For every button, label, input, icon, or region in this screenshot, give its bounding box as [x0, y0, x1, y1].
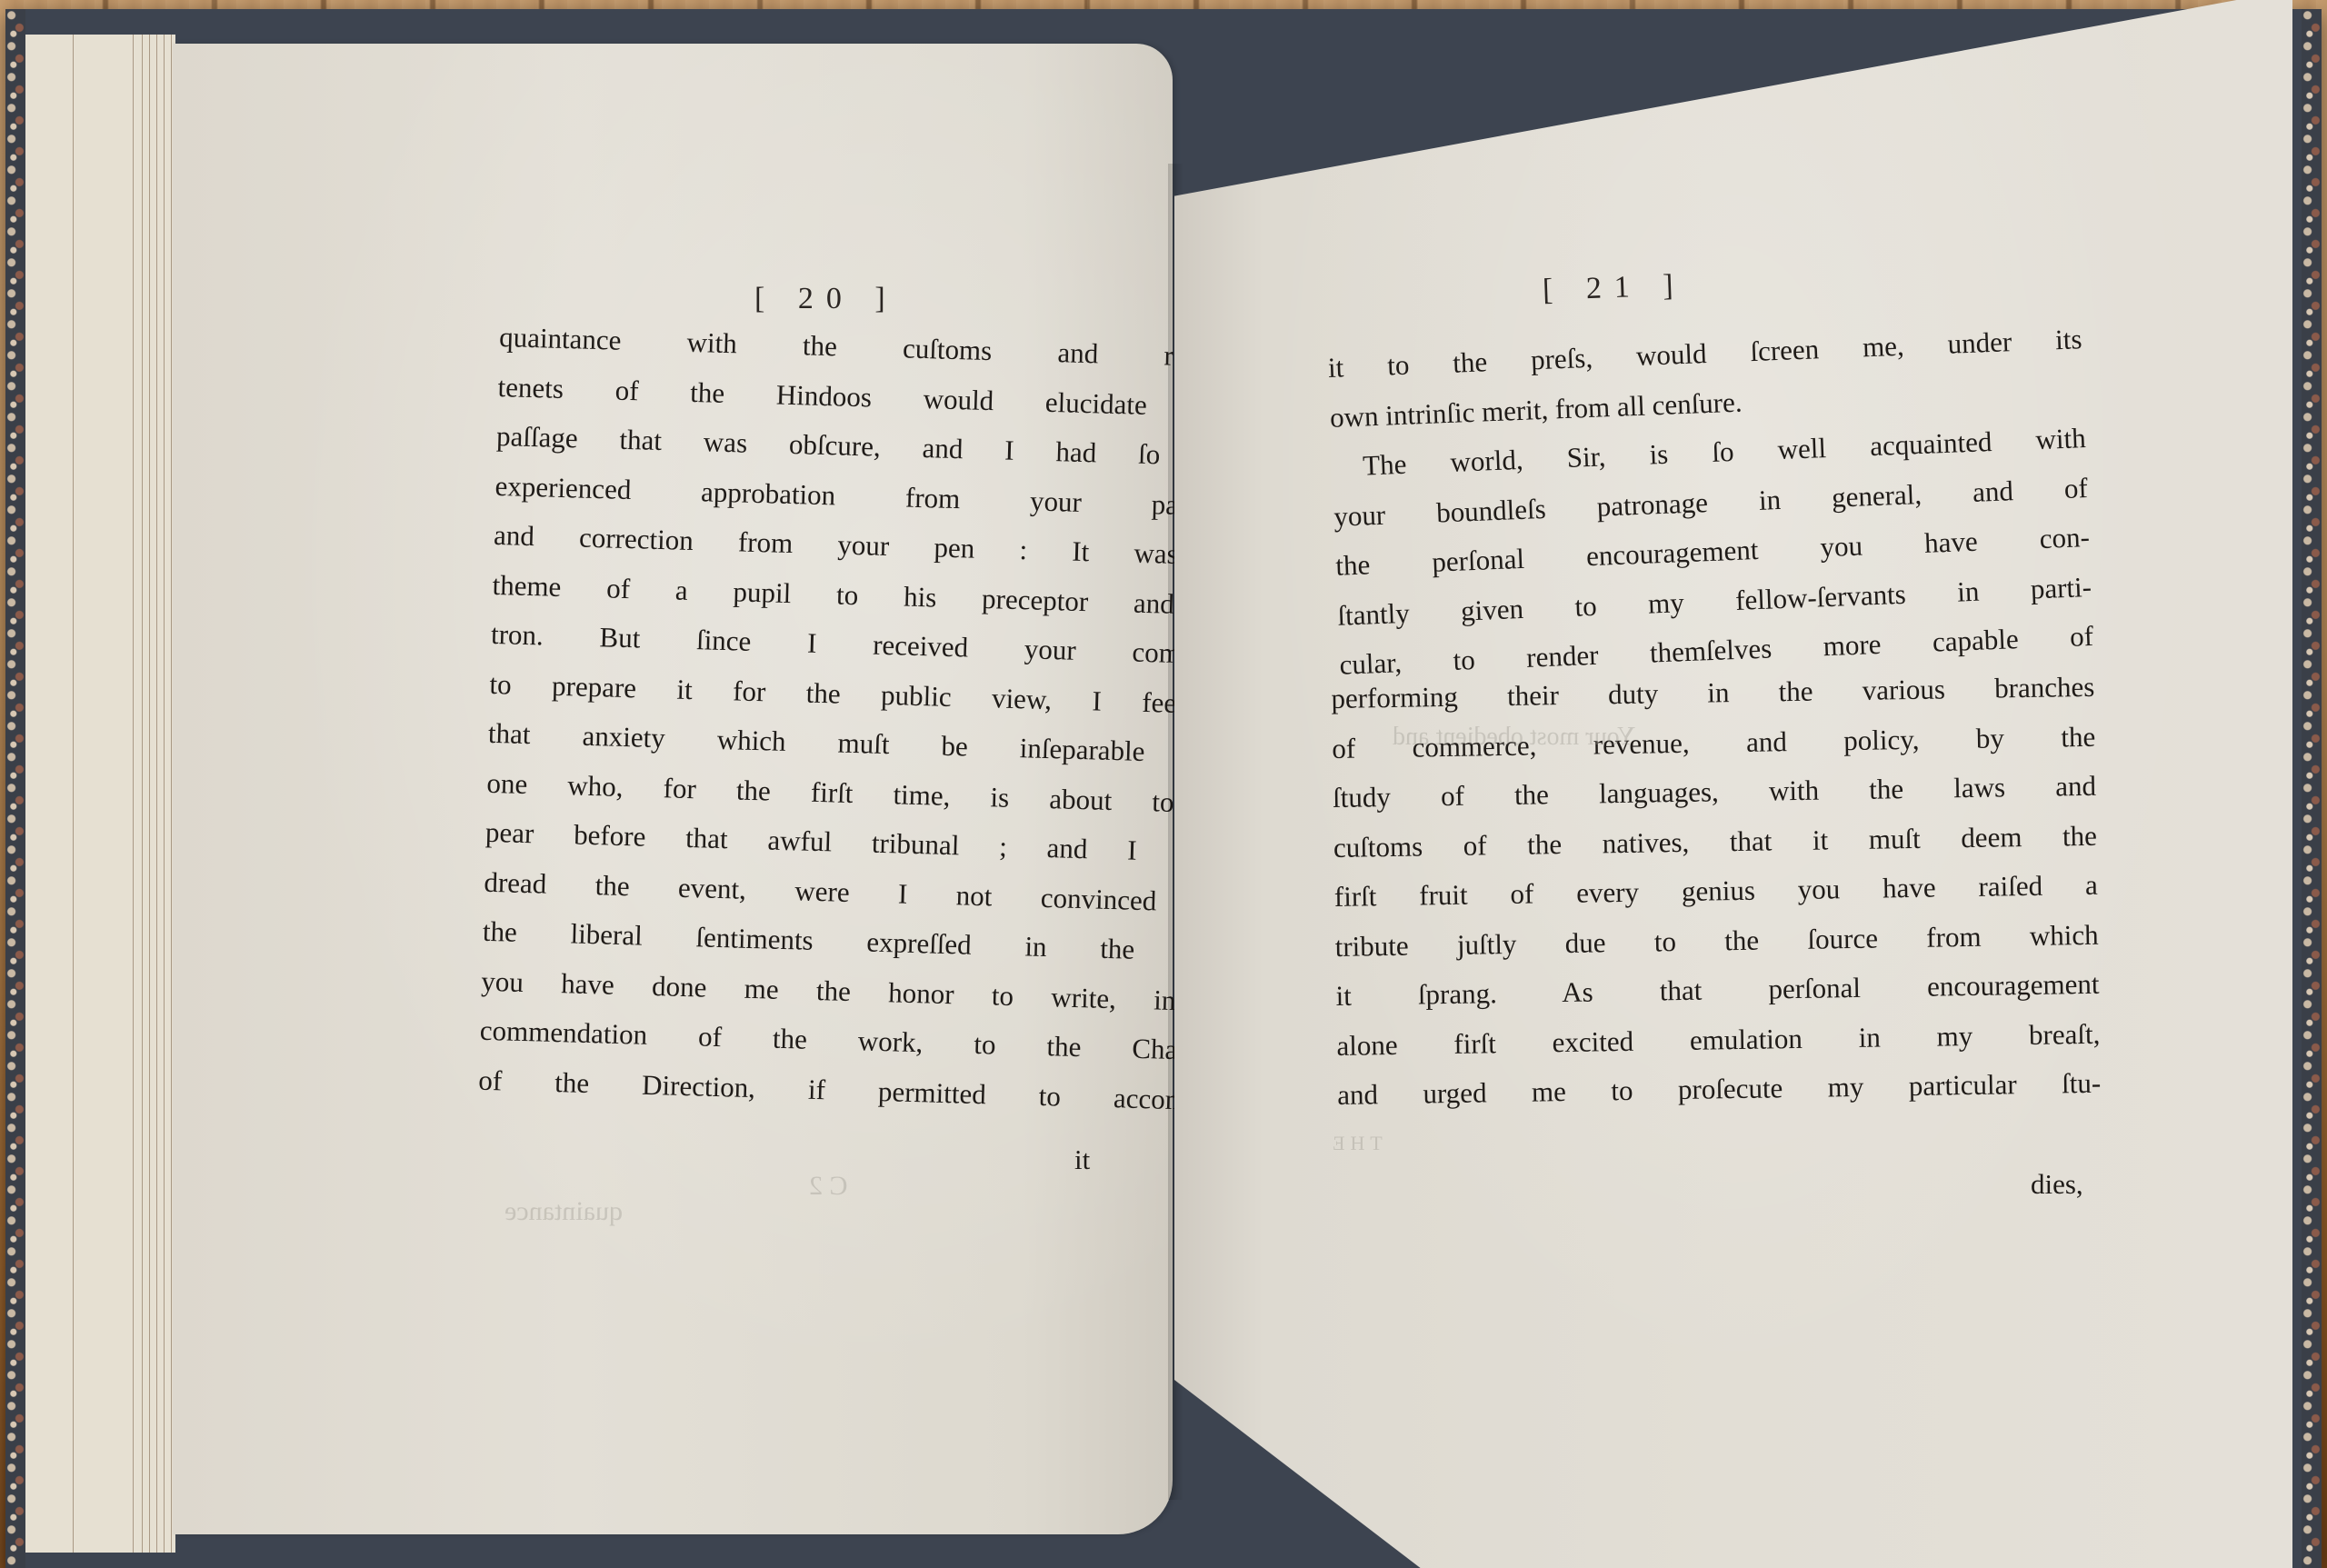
- page-edge-line: [133, 35, 134, 1553]
- page-edge-line: [171, 35, 172, 1553]
- right-page: [ 21 ] it to the preſs, would ſcreen me,…: [1174, 0, 2292, 1568]
- page-edge-line: [142, 35, 143, 1553]
- page-edge-line: [156, 35, 157, 1553]
- catchword-left: it: [1074, 1144, 1090, 1176]
- page-edge-line: [149, 35, 150, 1553]
- page-edge-line: [73, 35, 74, 1553]
- show-through-signature: C 2: [809, 1171, 848, 1202]
- marbled-board-edge-right: [2302, 9, 2322, 1568]
- page-number-right: [ 21 ]: [1542, 268, 1686, 307]
- left-page: [ 20 ] quaintance with the cuſtoms and r…: [173, 44, 1173, 1534]
- page-edge-line: [164, 35, 165, 1553]
- page-edge-stack: [25, 35, 175, 1553]
- right-page-text-upper: it to the preſs, would ſcreen me, under …: [1327, 315, 2094, 690]
- page-number-left: [ 20 ]: [754, 282, 898, 316]
- marbled-board-edge-left: [5, 9, 25, 1568]
- left-page-text: quaintance with the cuſtoms and religiou…: [478, 313, 1263, 1126]
- show-through-catchword: quaintance: [504, 1196, 623, 1227]
- show-through-closing: Your most obedient and: [1393, 723, 1635, 752]
- catchword-right: dies,: [2031, 1168, 2083, 1201]
- show-through-heading: THE: [1327, 1132, 1383, 1155]
